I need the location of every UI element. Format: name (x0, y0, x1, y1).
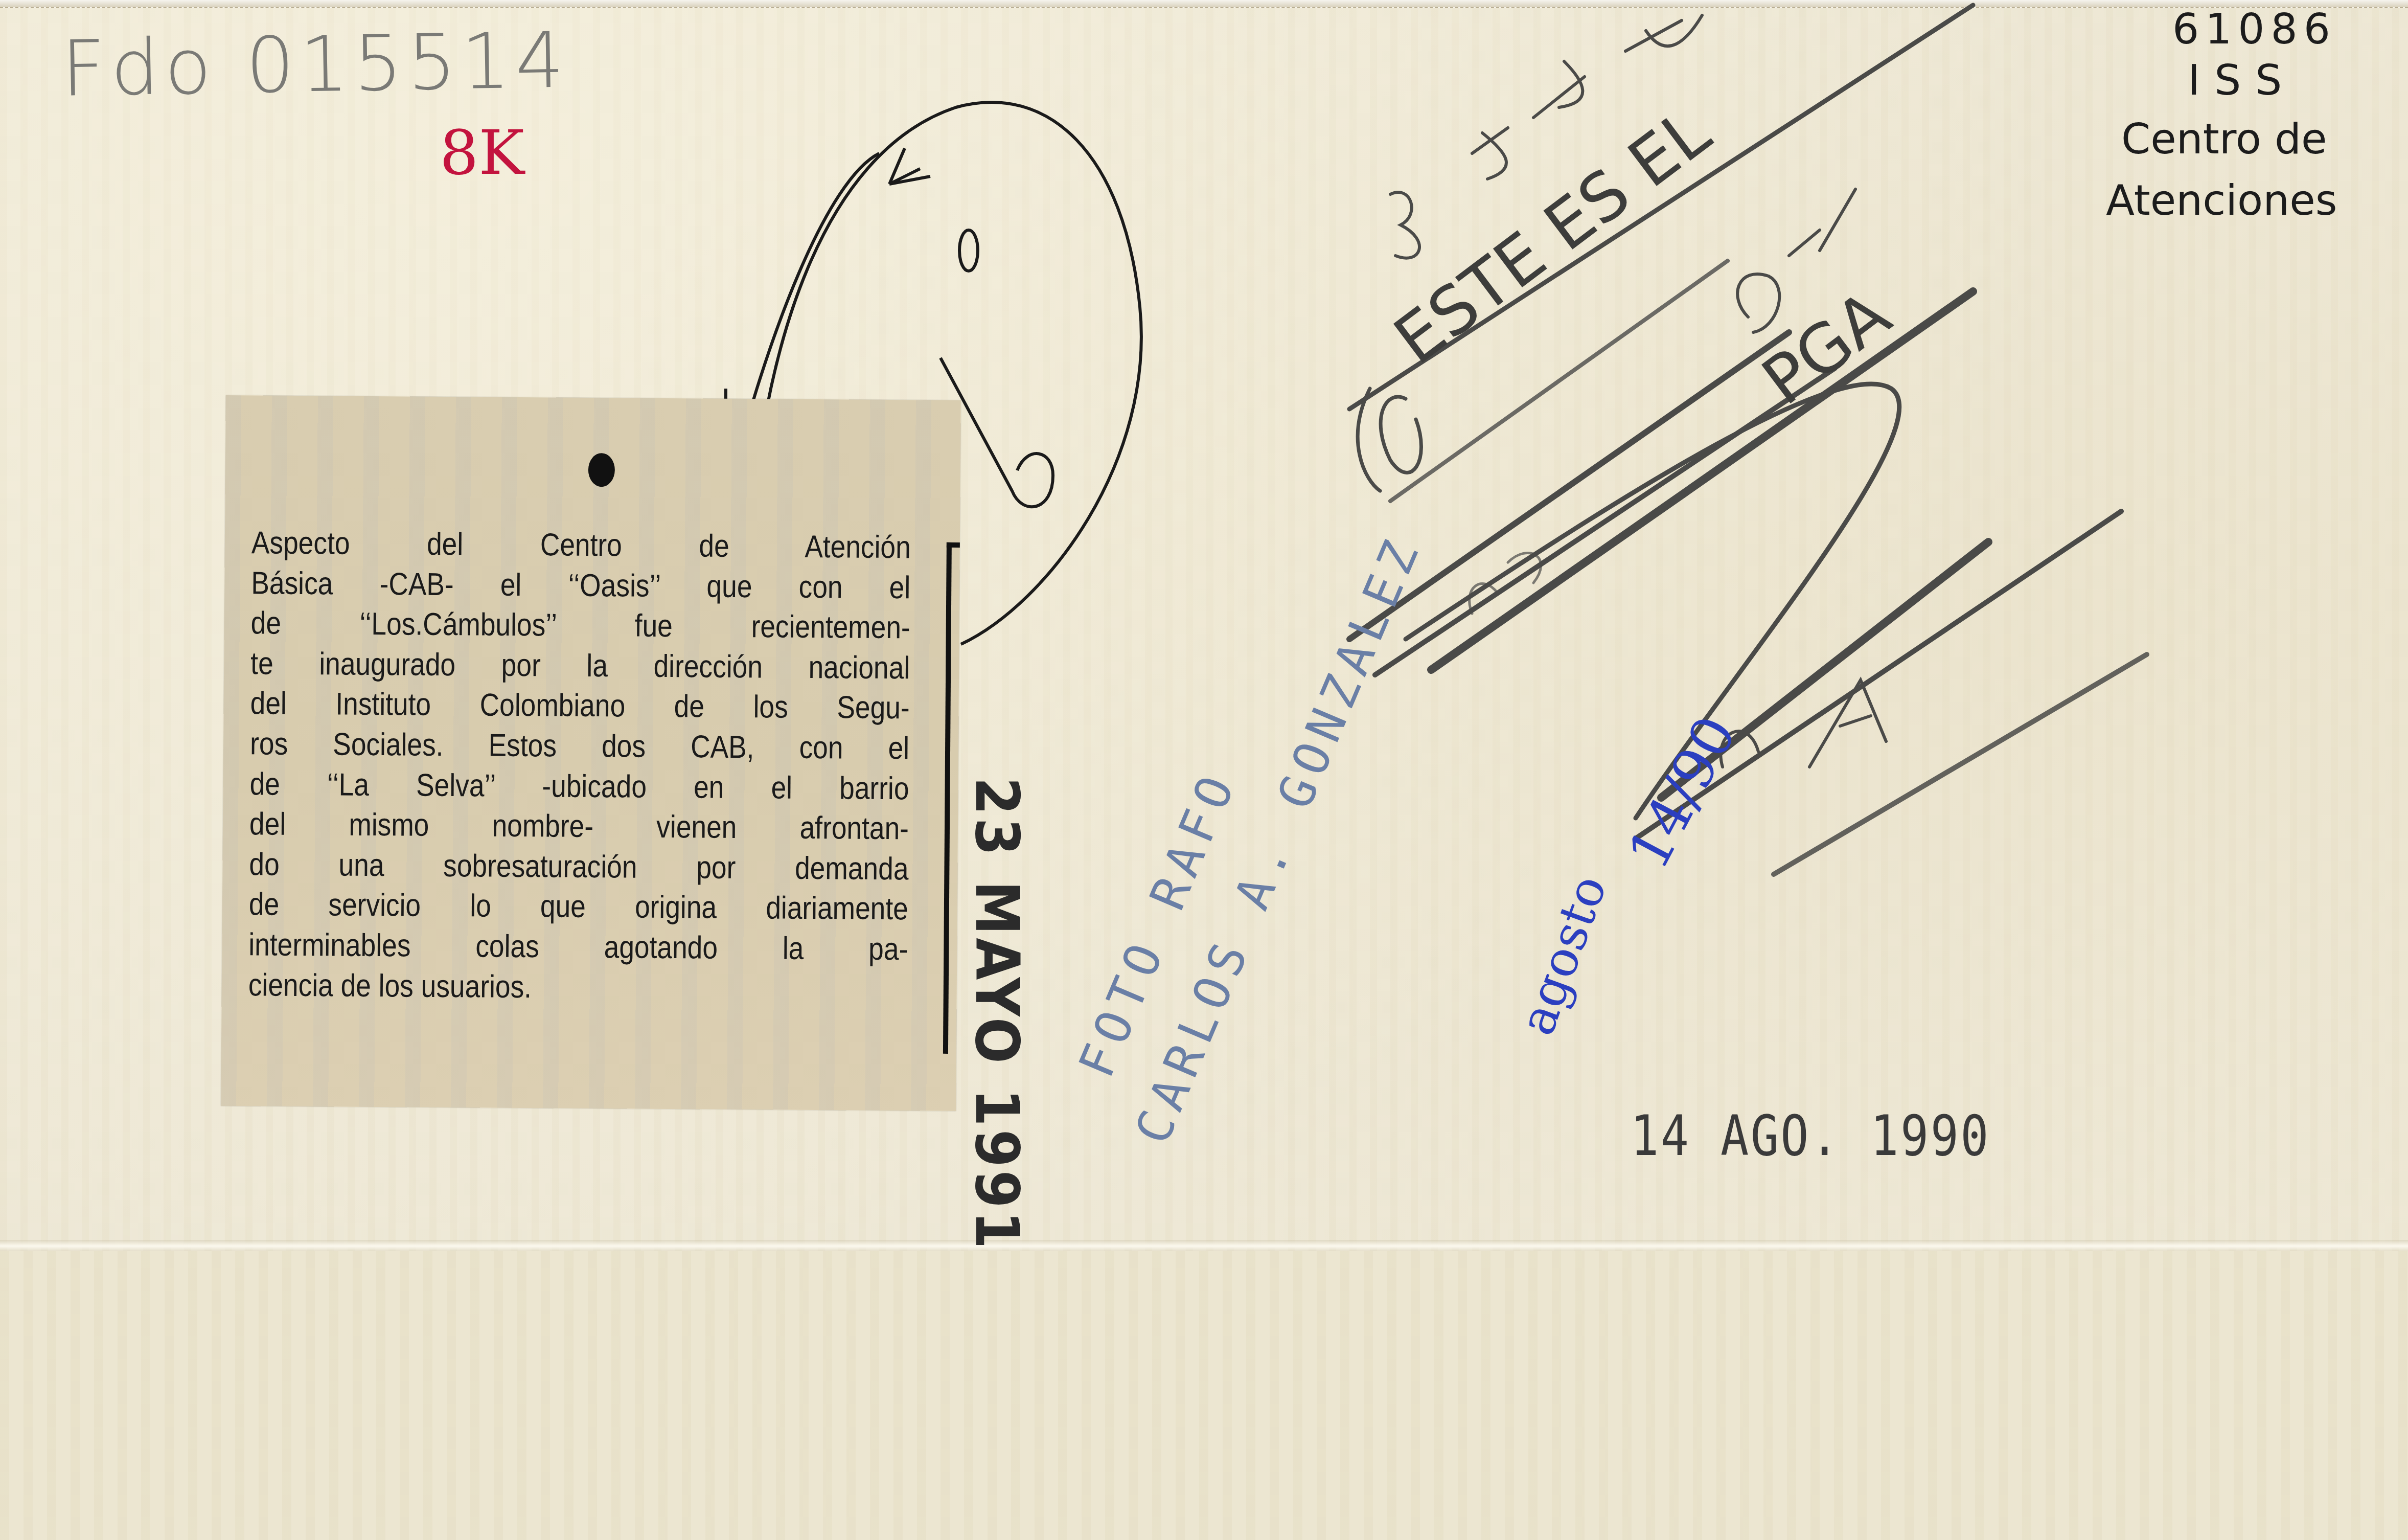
caption-line: ciencia de los usuarios. (248, 965, 908, 1010)
newspaper-clipping: Aspecto del Centro de Atención Básica -C… (221, 395, 961, 1111)
clipping-caption: Aspecto del Centro de Atención Básica -C… (248, 523, 911, 1010)
caption-line: interminables colas agotando la pa- (248, 925, 908, 970)
caption-line: Básica -CAB- el ‘‘Oasis’’ que con el (251, 563, 911, 608)
paper-fold-crease (0, 1240, 2408, 1251)
note-line: Atenciones (2106, 176, 2337, 225)
torn-top-edge (0, 0, 2408, 8)
caption-line: te inaugurado por la dirección nacional (250, 644, 910, 689)
note-line: Centro de (2121, 115, 2327, 164)
caption-line: de servicio lo que origina diariamente (249, 885, 909, 930)
caption-line: del mismo nombre- vienen afrontan- (249, 804, 909, 849)
caption-line: do una sobresaturación por demanda (249, 845, 909, 890)
caption-line: de ‘‘Los.Cámbulos’’ fue recientemen- (250, 604, 910, 649)
date-stamp: 14 AGO. 1990 (1631, 1104, 1990, 1168)
caption-line: del Instituto Colombiano de los Segu- (250, 684, 910, 729)
caption-line: ros Sociales. Estos dos CAB, con el (250, 724, 910, 769)
lower-paper-panel (0, 1251, 2408, 1540)
note-line: 61086 (2172, 5, 2336, 54)
caption-line: Aspecto del Centro de Atención (251, 523, 911, 568)
date-stamp-received: 23 MAYO 1991 (962, 777, 1033, 1252)
red-ink-mark: 8K (440, 118, 524, 189)
note-line: ISS (2188, 56, 2296, 105)
archive-code: Fdo 015514 (61, 16, 570, 114)
caption-line: de ‘‘La Selva’’ -ubicado en el barrio (249, 764, 909, 809)
bullet-dot (588, 453, 615, 487)
